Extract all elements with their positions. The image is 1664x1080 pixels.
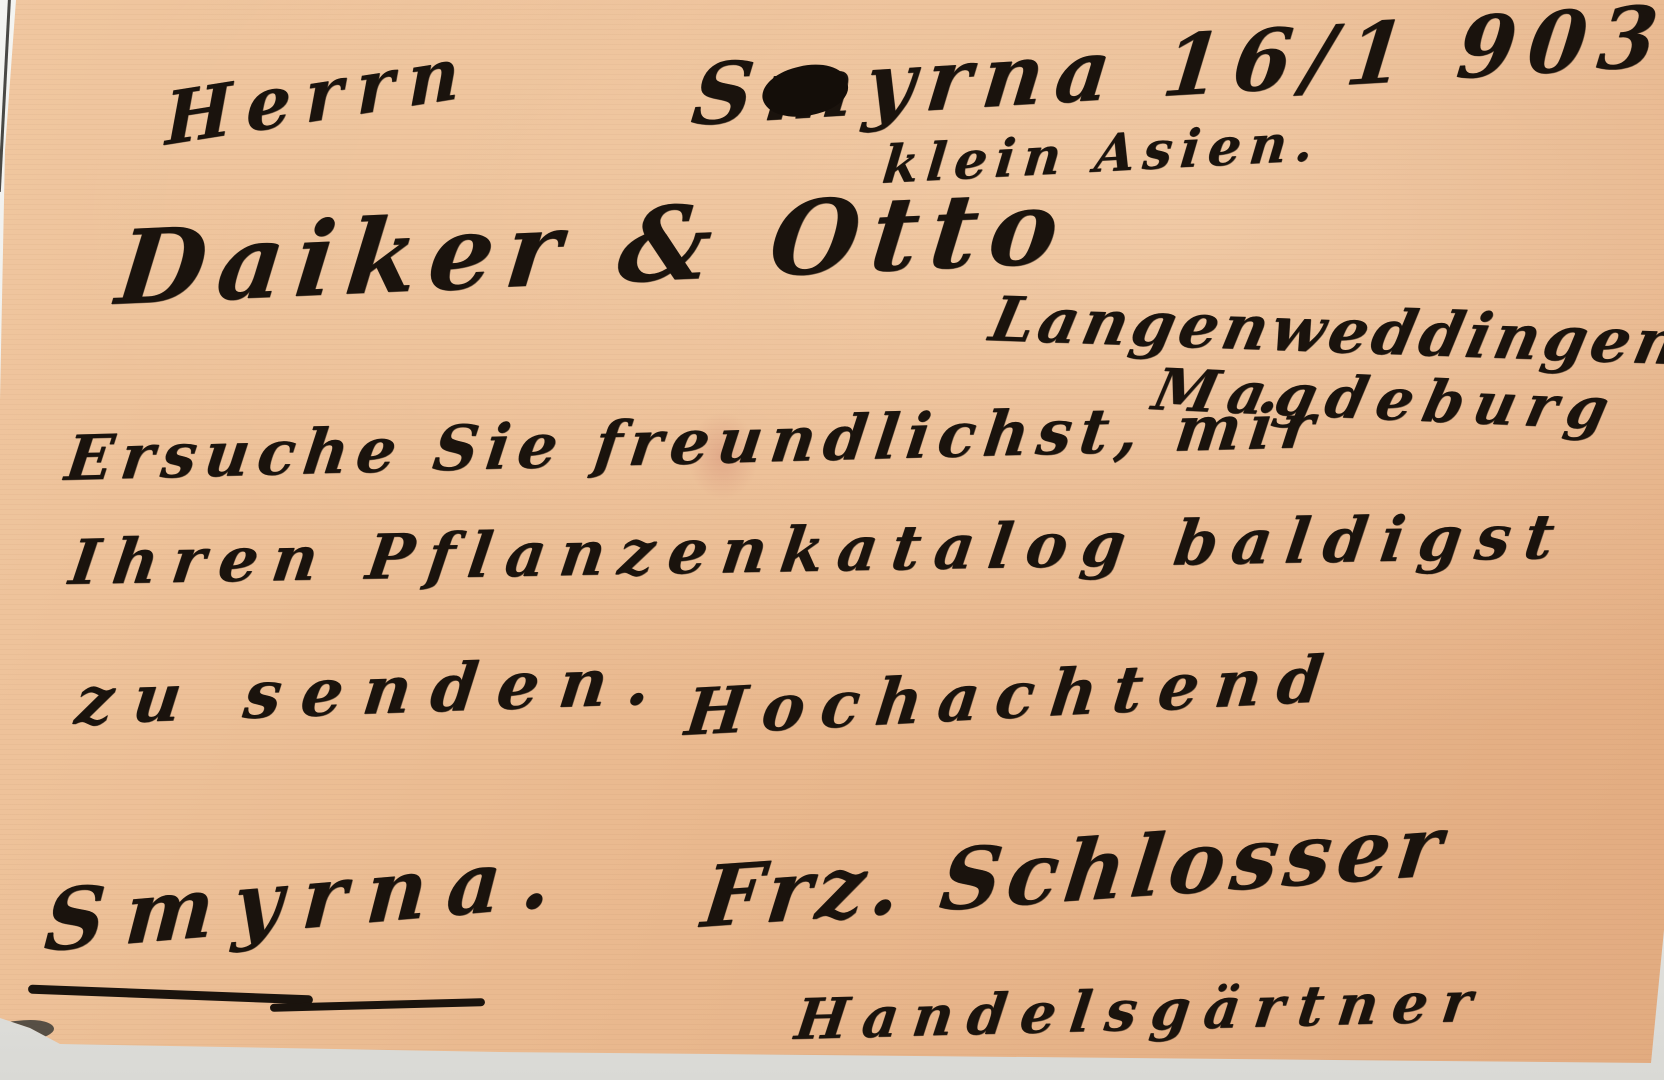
card-corner-chip [0,1018,55,1043]
sender-place: Smyrna. [42,833,573,964]
body-line-2: Ihren Pflanzenkatalog baldigst [66,506,1572,594]
addressee-town: Langenweddingen [985,288,1664,374]
postcard-scan: Herrn Smyrna 16/1 903 klein Asien. Daike… [0,0,1664,1080]
postcard-paper: Herrn Smyrna 16/1 903 klein Asien. Daike… [0,0,1664,1080]
salutation: Herrn [165,34,473,156]
signature-name: Frz. Schlosser [698,803,1452,940]
addressee-name: Daiker & Otto [112,176,1076,320]
body-line-1: Ersuche Sie freundlichst, mir [62,395,1326,490]
sender-place-underline-1 [28,985,313,1005]
signature-title: Handelsgärtner [792,974,1489,1048]
body-line-3: zu senden. [72,647,674,734]
closing: Hochachtend [682,647,1342,746]
